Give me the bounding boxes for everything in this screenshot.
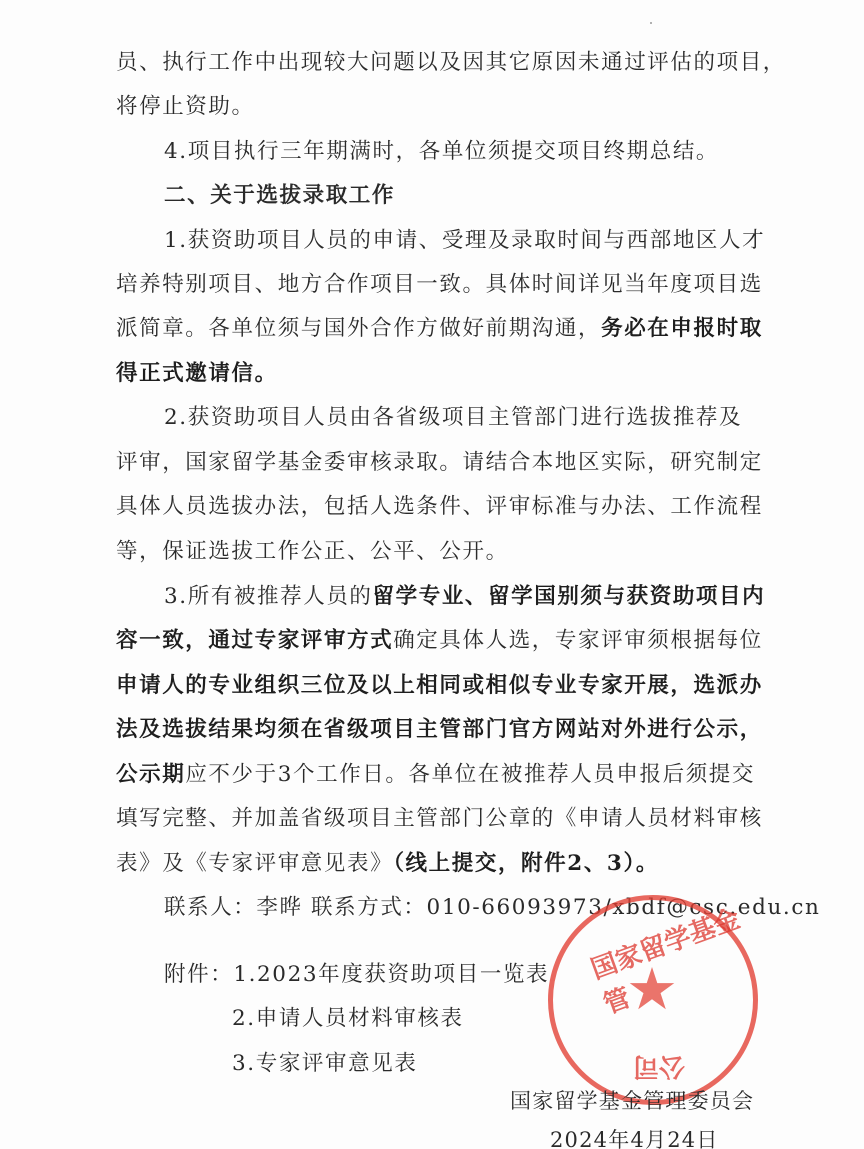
document-page: 员、执行工作中出现较大问题以及因其它原因未通过评估的项目， 将停止资助。 4.项… (0, 0, 864, 1149)
scan-speck (650, 22, 652, 24)
text-emphasis: （线上提交，附件2、3）。 (393, 851, 659, 876)
paragraph-3-line-3: 申请人的专业组织三位及以上相同或相似专业专家开展，选派办 (116, 671, 763, 701)
paragraph-3-line-6: 填写完整、并加盖省级项目主管部门公章的《申请人员材料审核 (116, 804, 763, 834)
paragraph-3-line-4: 法及选拔结果均须在省级项目主管部门官方网站对外进行公示， (116, 715, 763, 745)
paragraph-2-line-3: 具体人员选拔办法，包括人选条件、评审标准与办法、工作流程 (116, 492, 763, 522)
paragraph-2-line-1: 2.获资助项目人员由各省级项目主管部门进行选拔推荐及 (164, 403, 742, 433)
paragraph-3-line-7: 表》及《专家评审意见表》（线上提交，附件2、3）。 (116, 849, 659, 879)
stamp-text-bottom: 公司 (633, 1050, 685, 1087)
text-emphasis: 务必在申报时取 (601, 316, 763, 341)
text-regular: 派简章。各单位须与国外合作方做好前期沟通， (116, 316, 601, 341)
attachments-list: 附件：1.2023年度获资助项目一览表 (164, 960, 549, 990)
signature-organization: 国家留学基金管理委员会 (510, 1086, 754, 1116)
official-seal-stamp: 国家留学基金管 ★ 公司 (548, 895, 758, 1105)
paragraph-1-line-3: 派简章。各单位须与国外合作方做好前期沟通，务必在申报时取 (116, 314, 763, 344)
signature-date: 2024年4月24日 (550, 1125, 719, 1149)
text-regular: 应不少于3个工作日。各单位在被推荐人员申报后须提交 (185, 762, 755, 787)
attachment-item-1: 1.2023年度获资助项目一览表 (233, 962, 549, 987)
text-emphasis: 公示期 (116, 762, 185, 787)
text-emphasis: 留学专业、留学国别须与获资助项目内 (373, 584, 766, 609)
paragraph-3-line-2: 容一致，通过专家评审方式确定具体人选，专家评审须根据每位 (116, 626, 763, 656)
paragraph-3-line-5: 公示期应不少于3个工作日。各单位在被推荐人员申报后须提交 (116, 760, 755, 790)
attachment-item-2: 2.申请人员材料审核表 (232, 1004, 464, 1034)
section-heading-2: 二、关于选拔录取工作 (164, 181, 395, 211)
paragraph-item-4: 4.项目执行三年期满时，各单位须提交项目终期总结。 (164, 137, 719, 167)
text-regular: 确定具体人选，专家评审须根据每位 (393, 628, 763, 653)
paragraph-1-line-4: 得正式邀请信。 (116, 359, 278, 389)
attachments-label: 附件： (164, 962, 233, 987)
paragraph-line-1: 员、执行工作中出现较大问题以及因其它原因未通过评估的项目， (116, 48, 786, 78)
paragraph-1-line-1: 1.获资助项目人员的申请、受理及录取时间与西部地区人才 (164, 226, 765, 256)
attachment-item-3: 3.专家评审意见表 (232, 1049, 417, 1079)
contact-line: 联系人：李晔 联系方式：010-66093973/xbdf@csc.edu.cn (164, 893, 820, 923)
paragraph-2-line-2: 评审，国家留学基金委审核录取。请结合本地区实际，研究制定 (116, 448, 763, 478)
paragraph-2-line-4: 等，保证选拔工作公正、公平、公开。 (116, 537, 509, 567)
paragraph-line-2: 将停止资助。 (116, 92, 255, 122)
text-regular: 3.所有被推荐人员的 (164, 584, 373, 609)
text-emphasis: 容一致，通过专家评审方式 (116, 628, 393, 653)
paragraph-3-line-1: 3.所有被推荐人员的留学专业、留学国别须与获资助项目内 (164, 582, 765, 612)
paragraph-1-line-2: 培养特别项目、地方合作项目一致。具体时间详见当年度项目选 (116, 270, 763, 300)
text-regular: 表》及《专家评审意见表》 (116, 851, 393, 876)
star-icon: ★ (626, 960, 678, 1018)
